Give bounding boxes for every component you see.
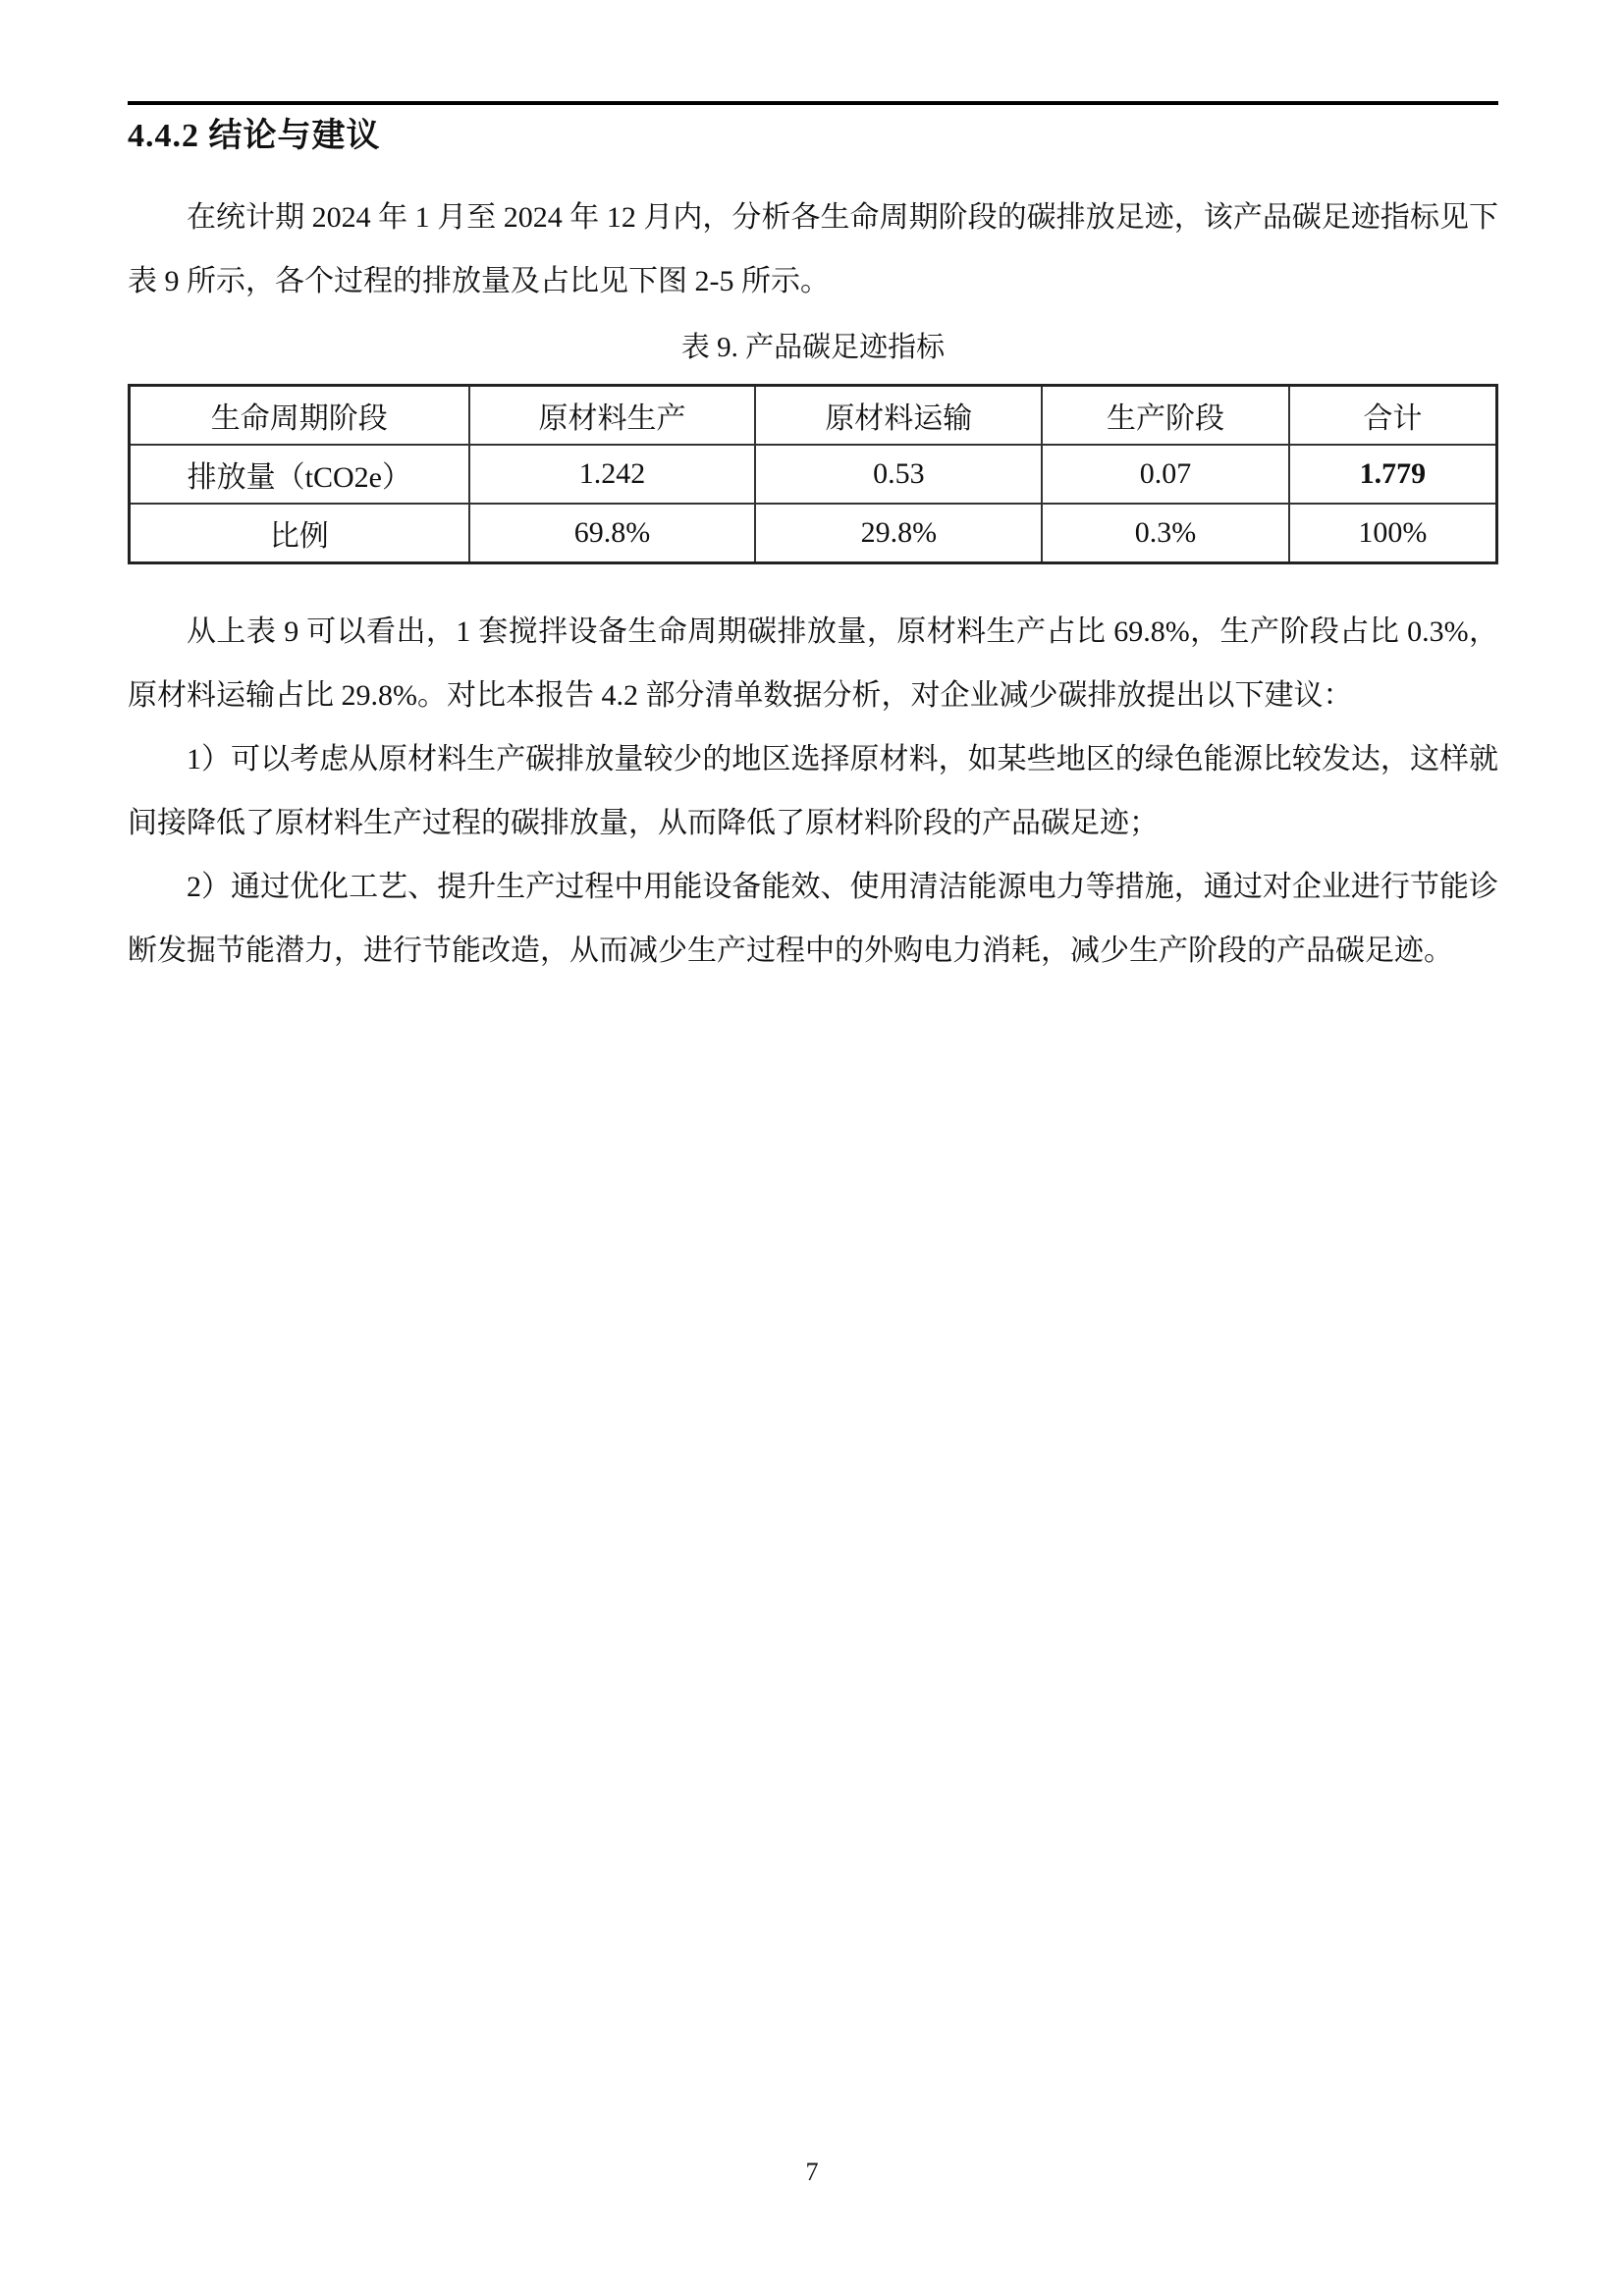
table-row-proportion: 比例 69.8% 29.8% 0.3% 100% bbox=[130, 504, 1497, 563]
header-cell-raw-material-transport: 原材料运输 bbox=[755, 386, 1042, 446]
row-label-emissions: 排放量（tCO2e） bbox=[130, 445, 469, 504]
emissions-raw-material-production: 1.242 bbox=[469, 445, 756, 504]
proportion-total: 100% bbox=[1289, 504, 1497, 563]
emissions-raw-material-transport: 0.53 bbox=[755, 445, 1042, 504]
suggestion-2-paragraph: 2）通过优化工艺、提升生产过程中用能设备能效、使用清洁能源电力等措施，通过对企业… bbox=[128, 855, 1498, 983]
suggestion-1-paragraph: 1）可以考虑从原材料生产碳排放量较少的地区选择原材料，如某些地区的绿色能源比较发… bbox=[128, 727, 1498, 855]
content-area: 4.4.2 结论与建议 在统计期 2024 年 1 月至 2024 年 12 月… bbox=[128, 0, 1498, 983]
emissions-production-stage: 0.07 bbox=[1042, 445, 1289, 504]
document-page: 4.4.2 结论与建议 在统计期 2024 年 1 月至 2024 年 12 月… bbox=[0, 0, 1624, 2296]
header-cell-raw-material-production: 原材料生产 bbox=[469, 386, 756, 446]
row-label-proportion: 比例 bbox=[130, 504, 469, 563]
proportion-production-stage: 0.3% bbox=[1042, 504, 1289, 563]
table-row-emissions: 排放量（tCO2e） 1.242 0.53 0.07 1.779 bbox=[130, 445, 1497, 504]
intro-paragraph: 在统计期 2024 年 1 月至 2024 年 12 月内，分析各生命周期阶段的… bbox=[128, 186, 1498, 313]
section-heading: 4.4.2 结论与建议 bbox=[128, 115, 1498, 158]
header-cell-production-stage: 生产阶段 bbox=[1042, 386, 1289, 446]
proportion-raw-material-production: 69.8% bbox=[469, 504, 756, 563]
page-number: 7 bbox=[0, 2158, 1624, 2187]
header-cell-lifecycle-stage: 生命周期阶段 bbox=[130, 386, 469, 446]
proportion-raw-material-transport: 29.8% bbox=[755, 504, 1042, 563]
table-header-row: 生命周期阶段 原材料生产 原材料运输 生产阶段 合计 bbox=[130, 386, 1497, 446]
carbon-footprint-table: 生命周期阶段 原材料生产 原材料运输 生产阶段 合计 排放量（tCO2e） 1.… bbox=[128, 384, 1498, 564]
analysis-paragraph: 从上表 9 可以看出，1 套搅拌设备生命周期碳排放量，原材料生产占比 69.8%… bbox=[128, 600, 1498, 727]
emissions-total: 1.779 bbox=[1289, 445, 1497, 504]
table-caption: 表 9. 产品碳足迹指标 bbox=[128, 325, 1498, 370]
header-divider bbox=[128, 101, 1498, 105]
header-cell-total: 合计 bbox=[1289, 386, 1497, 446]
